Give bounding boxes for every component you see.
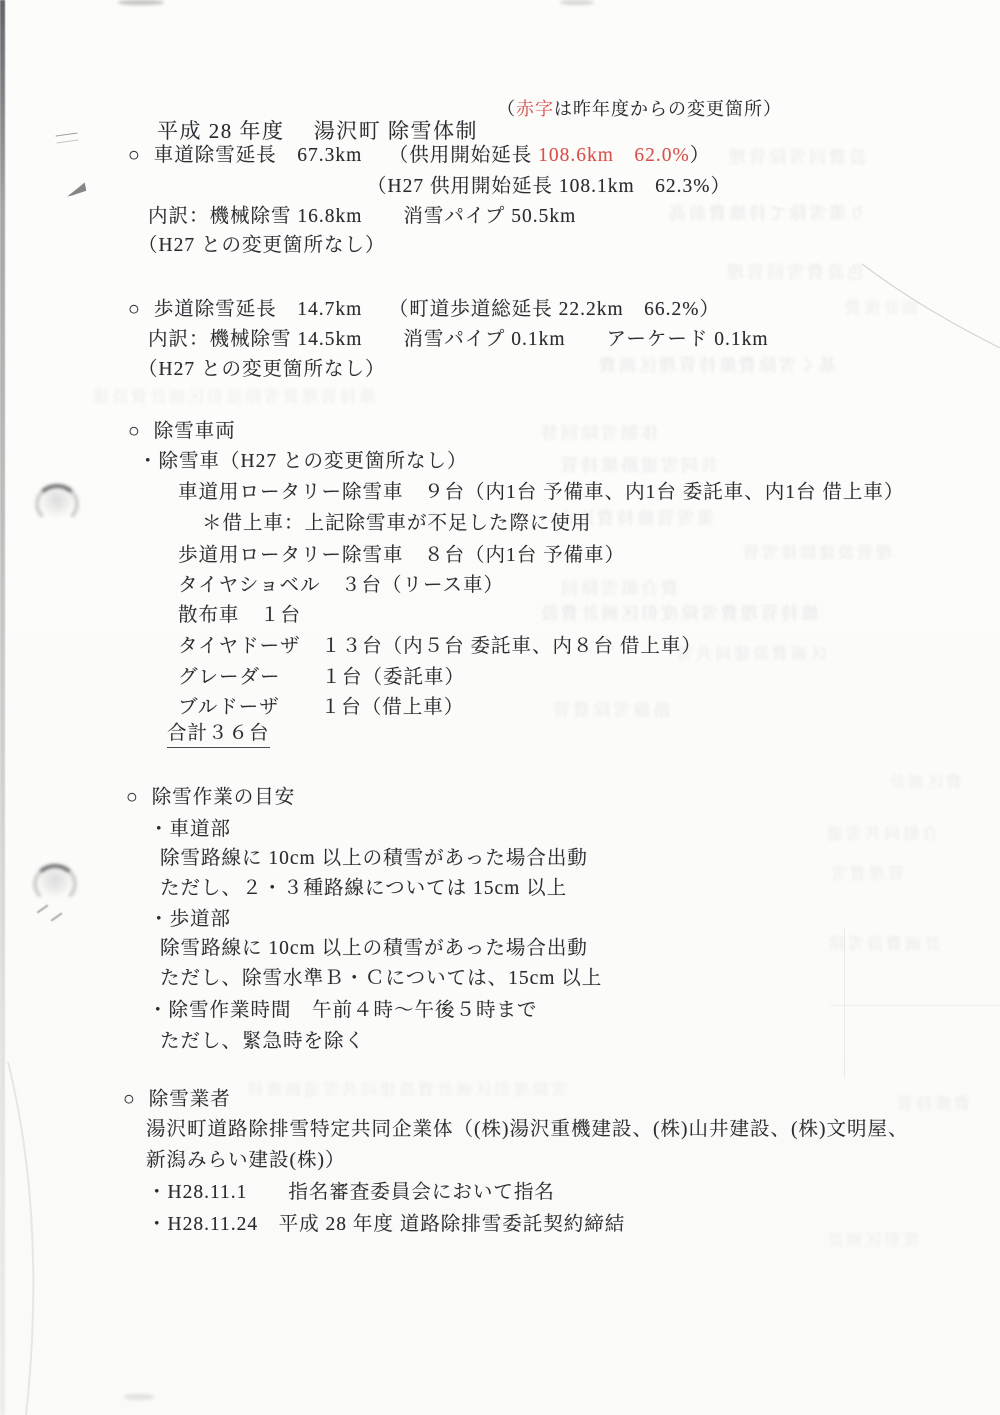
bleedthrough-text: 色設費雪回管理 bbox=[724, 258, 864, 283]
sidewalk-no-change-line: （H27 との変更箇所なし） bbox=[138, 358, 385, 381]
bleedthrough-text: 費合組雪除回 bbox=[558, 574, 678, 599]
bleedthrough-text: 体制雪除回替 bbox=[538, 419, 658, 444]
vehicle-total-line: 合計３６台 bbox=[167, 722, 270, 745]
roadway-extension-text: 車道除雪延長 67.3km （供用開始延長 bbox=[154, 145, 538, 166]
scan-tick-mark bbox=[37, 904, 49, 913]
vehicle-item: 散布車 １台 bbox=[178, 604, 301, 627]
bleedthrough-text: 管理費雪 bbox=[828, 861, 904, 884]
vehicle-item: グレーダー １台（委託車） bbox=[178, 666, 465, 689]
contractors-body-line: 新潟みらい建設(株)） bbox=[146, 1149, 346, 1172]
title-note-rest: は昨年度からの変更箇所） bbox=[554, 99, 782, 119]
section-marker-icon: ○ bbox=[128, 299, 141, 320]
bleedthrough-text: 合組同共雪道 bbox=[824, 821, 938, 844]
vehicle-item-note: ＊借上車：上記除雪車が不足した際に使用 bbox=[202, 512, 592, 535]
roadway-extension-line: ○車道除雪延長 67.3km （供用開始延長 108.6km 62.0%） bbox=[128, 144, 710, 167]
scanned-document-page: 設費回雪除管理 り策雪除て持維費前高 色設費雪回管理 画計度費 基く雪除費維持管… bbox=[0, 0, 1000, 1415]
scan-smudge-bottom bbox=[124, 1394, 154, 1400]
bleedthrough-text: 基く雪除費維持管理区画費 bbox=[596, 351, 836, 376]
guideline-hours-line: ・除雪作業時間 午前４時～午後５時まで bbox=[148, 999, 538, 1022]
guideline-roadway-exception: ただし、２・３種路線については 15cm 以上 bbox=[160, 877, 567, 900]
scan-smudge-top-left bbox=[118, 0, 164, 5]
vehicle-item: 歩道用ロータリー除雪車 ８台（内1台 予備車） bbox=[178, 544, 625, 567]
section-marker-icon: ○ bbox=[128, 421, 141, 442]
sidewalk-extension-text: 歩道除雪延長 14.7km （町道歩道総延長 22.2km 66.2%） bbox=[154, 299, 720, 320]
contractors-heading-text: 除雪業者 bbox=[149, 1089, 231, 1110]
bleedthrough-text: 画計度費 bbox=[842, 295, 918, 318]
vehicle-total-text: 合計３６台 bbox=[167, 723, 270, 748]
bleedthrough-text: 費維持管 bbox=[894, 1091, 970, 1114]
bleedthrough-text: 雪除度但区画計費設建同共雪道路維持 bbox=[244, 1077, 567, 1100]
pencil-mark-squiggle bbox=[56, 133, 79, 144]
contractors-event-line: ・H28.11.1 指名審査委員会において指名 bbox=[147, 1181, 555, 1204]
roadway-h27-line: （H27 供用開始延長 108.1km 62.3%） bbox=[367, 175, 731, 198]
guideline-hours-exception: ただし、緊急時を除く bbox=[160, 1030, 365, 1053]
vehicle-item: ブルドーザ １台（借上車） bbox=[178, 696, 464, 719]
guideline-roadway-rule: 除雪路線に 10cm 以上の積雪があった場合出動 bbox=[160, 847, 588, 870]
scan-tick-mark bbox=[51, 912, 63, 921]
roadway-no-change-line: （H27 との変更箇所なし） bbox=[138, 234, 385, 257]
roadway-breakdown-line: 内訳：機械除雪 16.8km 消雪パイプ 50.5km bbox=[148, 205, 576, 228]
page-title-text: 平成 28 年度 湯沢町 除雪体制 bbox=[157, 119, 478, 143]
vehicles-heading: ○除雪車両 bbox=[128, 420, 236, 443]
guideline-roadway-label: ・車道部 bbox=[149, 818, 231, 841]
title-note-open: （ bbox=[497, 99, 516, 119]
vehicle-item: タイヤショベル ３台（リース車） bbox=[178, 574, 504, 597]
guideline-sidewalk-rule: 除雪路線に 10cm 以上の積雪があった場合出動 bbox=[160, 937, 588, 960]
pencil-mark-flag bbox=[65, 182, 87, 196]
punch-hole-bottom bbox=[33, 864, 77, 904]
roadway-extension-close: ） bbox=[690, 145, 711, 166]
guidelines-heading-text: 除雪作業の目安 bbox=[152, 787, 296, 808]
title-note: （赤字は昨年度からの変更箇所） bbox=[497, 99, 782, 121]
roadway-changed-value: 108.6km 62.0% bbox=[538, 145, 690, 166]
bleedthrough-text: 共同雪道路維持管 bbox=[558, 451, 718, 476]
bleedthrough-text: 維持管理費雪除度但区画計費設建 bbox=[90, 384, 375, 407]
sidewalk-breakdown-line: 内訳：機械除雪 14.5km 消雪パイプ 0.1km アーケード 0.1km bbox=[148, 328, 769, 351]
vehicle-item: タイヤドーザ １３台（内５台 委託車、内８台 借上車） bbox=[178, 635, 702, 658]
vehicles-subheading: ・除雪車（H27 との変更箇所なし） bbox=[138, 450, 467, 473]
bleedthrough-text: 費区画計 bbox=[886, 769, 962, 792]
contractors-event-line: ・H28.11.24 平成 28 年度 道路除排雪委託契約締結 bbox=[147, 1213, 625, 1236]
guidelines-heading: ○除雪作業の目安 bbox=[126, 786, 295, 809]
guideline-sidewalk-exception: ただし、除雪水準Ｂ・Ｃについては、15cm 以上 bbox=[160, 967, 602, 990]
vehicles-heading-text: 除雪車両 bbox=[154, 421, 236, 442]
bleedthrough-rule-horizontal bbox=[830, 1005, 1000, 1006]
bleedthrough-text: り策雪除て持維費前高 bbox=[666, 199, 866, 224]
punch-hole-top bbox=[35, 484, 79, 524]
bleedthrough-text: 度但区画計 bbox=[824, 1227, 919, 1250]
page-curl-line bbox=[8, 1062, 33, 1415]
scan-left-edge bbox=[0, 0, 5, 1415]
section-marker-icon: ○ bbox=[126, 787, 139, 808]
scan-smudge-top-mid bbox=[560, 0, 594, 5]
vehicle-item: 車道用ロータリー除雪車 ９台（内1台 予備車、内1台 委託車、内1台 借上車） bbox=[178, 481, 904, 504]
bleedthrough-text: 設費回雪除管理 bbox=[726, 143, 866, 168]
sidewalk-extension-line: ○歩道除雪延長 14.7km （町道歩道総延長 22.2km 66.2%） bbox=[128, 298, 720, 321]
bleedthrough-text: 計画費設雪除 bbox=[826, 931, 940, 954]
guideline-sidewalk-label: ・歩道部 bbox=[149, 908, 231, 931]
section-marker-icon: ○ bbox=[123, 1089, 136, 1110]
section-marker-icon: ○ bbox=[128, 145, 141, 166]
bleedthrough-text: 維持管理費雪除度但区画計費設 bbox=[538, 599, 818, 624]
contractors-body-line: 湯沢町道路除排雪特定共同企業体（(株)湯沢重機建設、(株)山井建設、(株)文明屋… bbox=[146, 1118, 908, 1141]
title-note-red-word: 赤字 bbox=[516, 99, 554, 119]
contractors-heading: ○除雪業者 bbox=[123, 1088, 231, 1111]
bleedthrough-text: 路線雪除費管 bbox=[550, 696, 670, 721]
bleedthrough-text: 理管設建除排雪管 bbox=[740, 540, 892, 563]
